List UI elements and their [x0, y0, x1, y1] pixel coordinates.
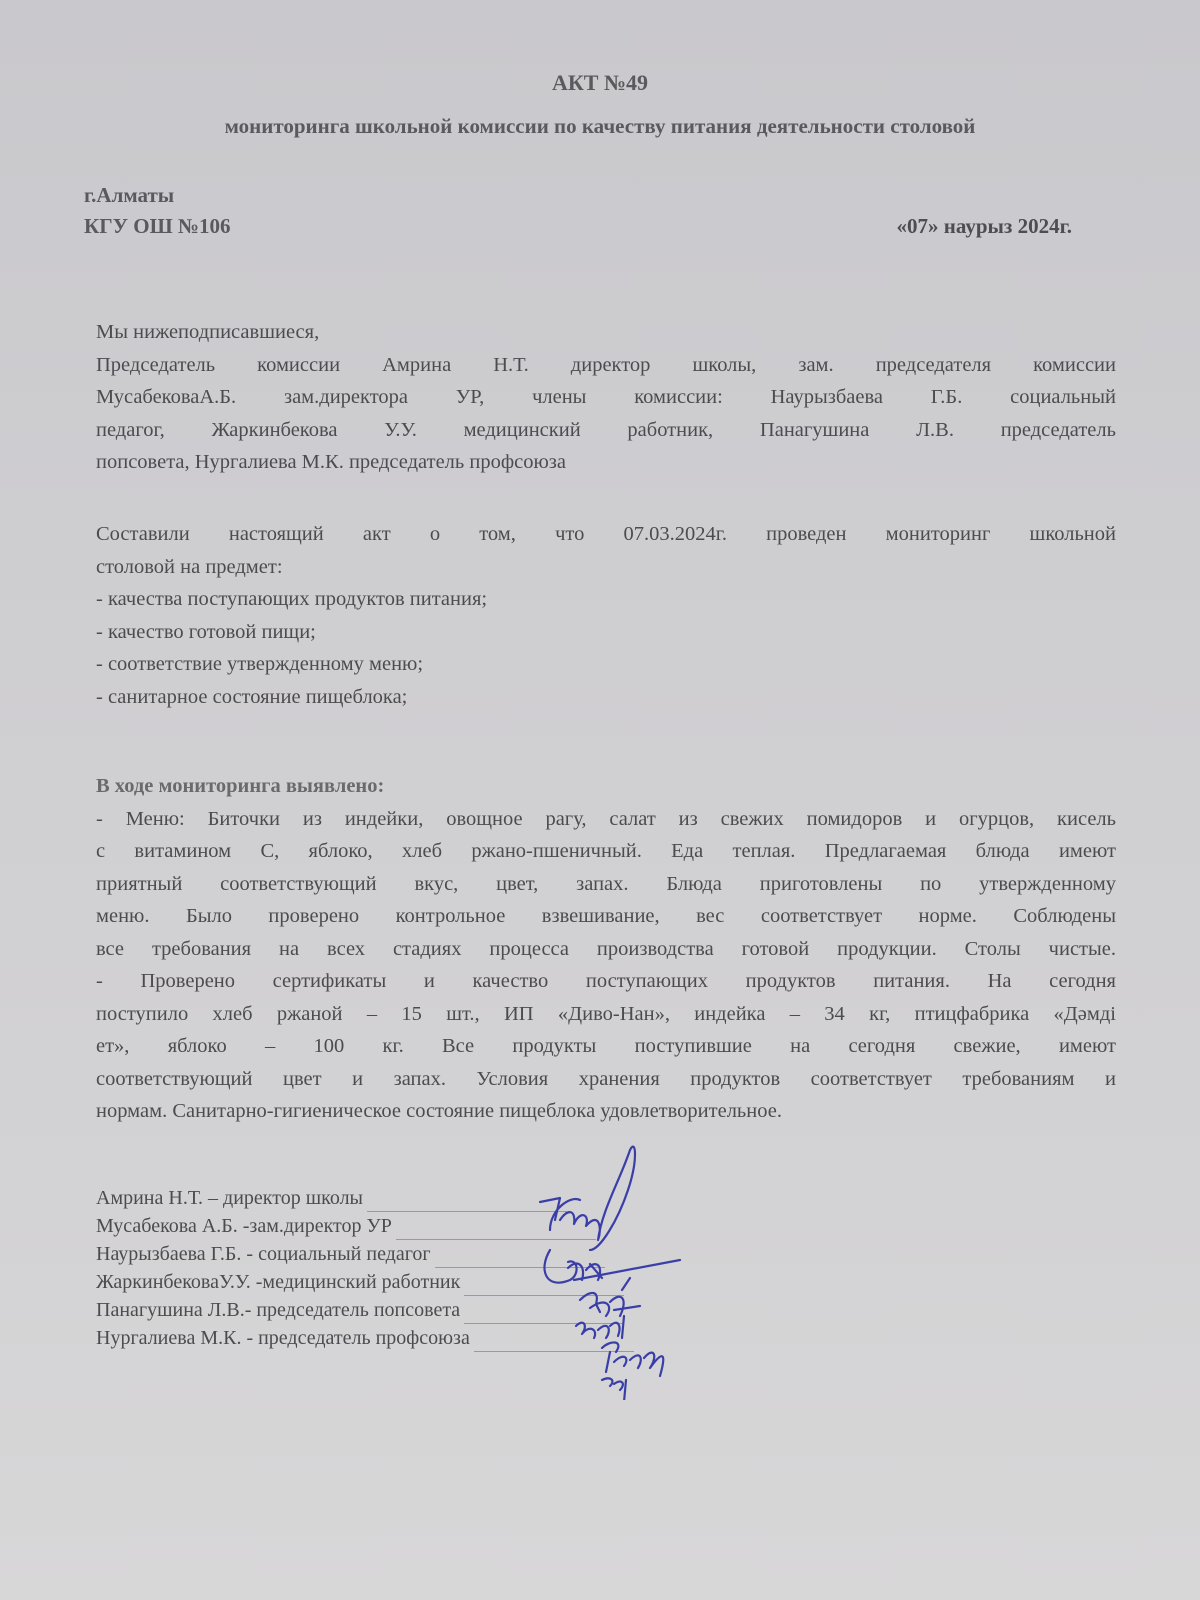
signatory-label: ЖаркинбековаУ.У. -медицинский работник	[96, 1268, 460, 1296]
findings-line: поступило хлеб ржаной – 15 шт., ИП «Диво…	[96, 998, 1116, 1031]
signatory-label: Амрина Н.Т. – директор школы	[96, 1184, 363, 1212]
signatory-label: Нургалиева М.К. - председатель профсоюза	[96, 1324, 470, 1352]
findings-line: все требования на всех стадиях процесса …	[96, 933, 1116, 966]
intro-line: Председатель комиссии Амрина Н.Т. директ…	[96, 349, 1116, 382]
scope-paragraph: Составили настоящий акт о том, что 07.03…	[96, 518, 1116, 713]
intro-line: педагог, Жаркинбекова У.У. медицинский р…	[96, 414, 1116, 447]
findings-line: соответствующий цвет и запах. Условия хр…	[96, 1063, 1116, 1096]
organization: КГУ ОШ №106	[84, 214, 231, 239]
findings-line: ет», яблоко – 100 кг. Все продукты посту…	[96, 1030, 1116, 1063]
findings-line: меню. Было проверено контрольное взвешив…	[96, 900, 1116, 933]
scope-item: - качества поступающих продуктов питания…	[96, 583, 1116, 616]
findings-line: с витамином С, яблоко, хлеб ржано-пшенич…	[96, 835, 1116, 868]
signatory-label: Панагушина Л.В.- председатель попсовета	[96, 1296, 460, 1324]
findings-line: - Проверено сертификаты и качество посту…	[96, 965, 1116, 998]
scope-item: - санитарное состояние пищеблока;	[96, 681, 1116, 714]
intro-line: попсовета, Нургалиева М.К. председатель …	[96, 446, 1116, 479]
findings-line: - Меню: Биточки из индейки, овощное рагу…	[96, 803, 1116, 836]
city: г.Алматы	[84, 183, 174, 208]
findings-section: В ходе мониторинга выявлено: - Меню: Бит…	[96, 770, 1116, 1128]
handwritten-signatures-icon	[490, 1140, 750, 1400]
scope-line: столовой на предмет:	[96, 551, 1116, 584]
findings-line: нормам. Санитарно-гигиеническое состояни…	[96, 1095, 1116, 1128]
signatory-label: Мусабекова А.Б. -зам.директор УР	[96, 1212, 392, 1240]
scope-item: - качество готовой пищи;	[96, 616, 1116, 649]
intro-line: Мы нижеподписавшиеся,	[96, 316, 1116, 349]
document-date: «07» наурыз 2024г.	[897, 214, 1072, 239]
scope-item: - соответствие утвержденному меню;	[96, 648, 1116, 681]
findings-line: приятный соответствующий вкус, цвет, зап…	[96, 868, 1116, 901]
intro-paragraph: Мы нижеподписавшиеся, Председатель комис…	[96, 316, 1116, 479]
findings-heading: В ходе мониторинга выявлено:	[96, 770, 1116, 803]
scope-line: Составили настоящий акт о том, что 07.03…	[96, 518, 1116, 551]
intro-line: МусабековаА.Б. зам.директора УР, члены к…	[96, 381, 1116, 414]
document-title: АКТ №49	[0, 70, 1200, 96]
document-subtitle: мониторинга школьной комиссии по качеств…	[0, 114, 1200, 139]
signatory-label: Наурызбаева Г.Б. - социальный педагог	[96, 1240, 431, 1268]
